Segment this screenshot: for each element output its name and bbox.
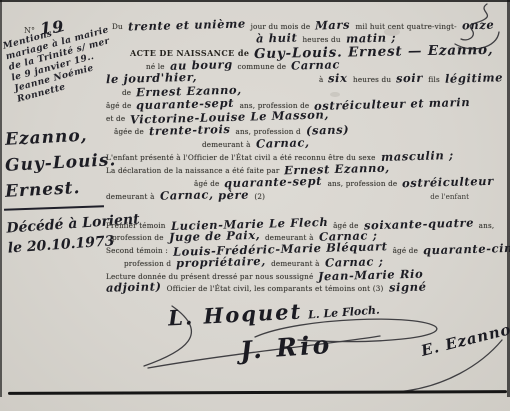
printed-form-text: ans, [479, 221, 495, 232]
printed-form-text: profession d [124, 259, 171, 270]
act-line: demeurant àCarnac,père(2)de l'enfant [106, 190, 503, 203]
act-line: Premier témoinLucien-Marie Le Flechâgé d… [106, 219, 503, 232]
scan-edge-left [0, 0, 2, 397]
handwritten-entry: quarante-sept [136, 97, 234, 111]
printed-form-text: âgée de [114, 127, 144, 138]
handwritten-entry: propriétaire, [176, 256, 266, 270]
handwritten-entry: onze [462, 20, 495, 32]
act-line: adjoint)Officier de l'État civil, les co… [106, 282, 503, 295]
act-line: Dutrente et unièmejour du mois deMarsmil… [106, 20, 503, 33]
signature-hoquet: L. Hoquet [167, 299, 302, 331]
handwritten-entry: ostréiculteur [402, 175, 494, 189]
printed-form-text: (2) [254, 192, 265, 203]
act-line: Second témoin :Louis-Frédéric-Marie Bléq… [106, 244, 503, 257]
act-line: profession dpropriétaire,demeurant àCarn… [106, 257, 503, 270]
printed-form-text: demeurant à [106, 192, 155, 203]
handwritten-entry: le jourd'hier, [106, 71, 197, 85]
signature-ezanno: E. Ezanno [419, 320, 510, 360]
printed-form-text: Du [112, 22, 123, 33]
handwritten-entry: adjoint) [106, 282, 162, 295]
margin-registered-name: Ezanno,Guy-Louis.Ernest. [5, 124, 116, 202]
act-line: Lecture donnée du présent dressé par nou… [106, 270, 503, 283]
printed-form-text: ans, profession de [328, 179, 398, 190]
handwritten-entry: trente-trois [149, 123, 231, 137]
handwritten-entry: Carnac, [255, 137, 309, 150]
printed-form-text: de l'enfant [430, 192, 469, 203]
printed-form-text: Premier témoin [106, 221, 166, 232]
handwritten-entry: légitime [445, 72, 503, 85]
handwritten-entry: six [328, 72, 348, 84]
printed-form-text: heures du [353, 75, 391, 86]
act-line: et deVictorine-Louise Le Masson, [106, 112, 503, 125]
printed-form-text: âgé de [106, 101, 131, 112]
handwritten-entry: soixante-quatre [363, 217, 473, 231]
name-line: Ernest. [4, 173, 117, 205]
handwritten-entry: Mars [315, 20, 350, 32]
signature-rio: J. Rio [239, 330, 333, 365]
printed-form-text: de [122, 88, 131, 99]
printed-form-text: fils [428, 75, 440, 86]
handwritten-entry: soir [396, 72, 423, 84]
handwritten-entry: Carnac, [159, 189, 213, 202]
printed-form-text: à [319, 75, 324, 86]
handwritten-entry: quarante-cinq [423, 243, 510, 257]
margin-divider-line [4, 205, 104, 210]
handwritten-entry: à huit [256, 32, 298, 45]
printed-form-text: et de [106, 114, 125, 125]
printed-form-text: demeurant à [271, 259, 320, 270]
printed-form-text: Second témoin : [106, 246, 168, 257]
handwritten-entry: signé [388, 282, 426, 294]
bottom-scan-line [8, 390, 507, 395]
handwritten-entry: (sans) [306, 124, 350, 137]
signature-leflech: L. Le Floch. [308, 304, 381, 322]
act-body: Dutrente et unièmejour du mois deMarsmil… [106, 20, 503, 295]
handwritten-entry: trente et unième [128, 18, 246, 33]
scan-edge-top [0, 0, 510, 2]
handwritten-entry: Carnac [291, 59, 340, 72]
printed-form-text: âgé de [393, 246, 418, 257]
printed-form-text: demeurant à [202, 140, 251, 151]
birth-certificate-scan: N° 19 Mentions —mariage à la mairiede la… [0, 0, 510, 411]
handwritten-entry: masculin ; [380, 150, 453, 163]
handwritten-entry: ostréiculteur et marin [314, 96, 470, 112]
printed-form-text: commune de [238, 62, 287, 73]
printed-form-text: Officier de l'État civil, les comparants… [167, 284, 384, 295]
printed-form-text: profession de [112, 233, 164, 244]
act-line: le jourd'hier,àsixheures dusoirfilslégit… [106, 73, 503, 86]
handwritten-entry: père [218, 189, 249, 201]
act-line: L'enfant présenté à l'Officier de l'État… [106, 151, 503, 164]
